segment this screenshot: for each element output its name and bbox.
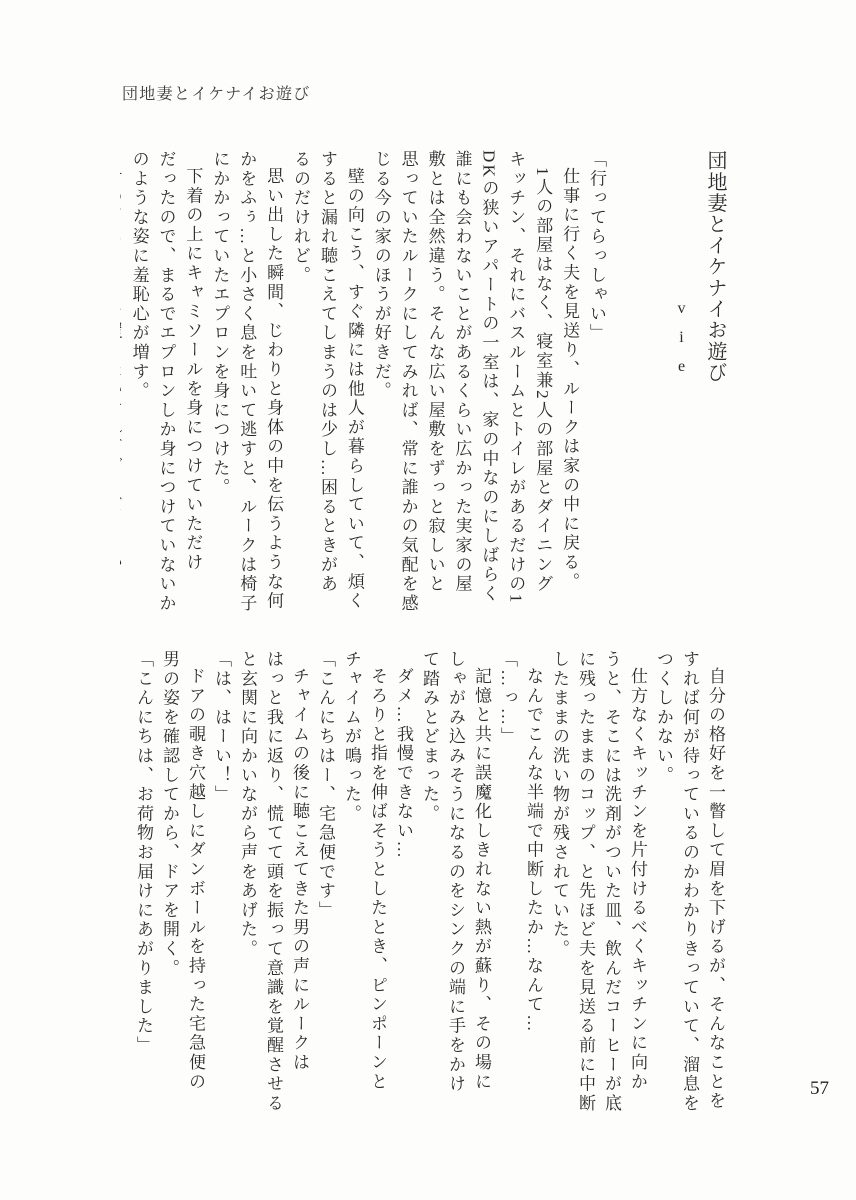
text-line: 思い出した瞬間、じわりと身体の中を伝うような何 [259,150,286,616]
text-line: すると漏れ聴こえてしまうのは少し…困るときがあ [313,150,340,616]
text-line: 敷とは全然違う。そんな広い屋敷をずっと寂しいと [421,150,448,616]
text-line: せめてスカートを履きたいけれどダメだろうか… [120,150,125,616]
text-line: 仕事に行く夫を見送り、ルークは家の中に戻る。 [555,150,582,616]
text-line: 男の姿を確認してから、ドアを開く。 [156,650,182,1118]
text-line: 下着の上にキャミソールを身につけていただけ [179,150,206,616]
text-line: だったので、まるでエプロンしか身につけていないか [152,150,179,616]
text-line: ドアの覗き穴越しにダンボールを持った宅急便の [182,650,208,1118]
text-line: 「は、はーい！」 [208,650,234,1118]
text-line: と玄関に向かいながら声をあげた。 [234,650,260,1118]
author-name: vie [673,300,690,387]
text-line: チャイムの後に聴こえてきた男の声にルークは [286,650,312,1118]
text-line: 誰にも会わないことがあるくらい広かった実家の屋 [448,150,475,616]
top-section: 団地妻とイケナイお遊びvie 「行ってらっしゃい」仕事に行く夫を見送り、ルークは… [120,150,732,616]
story-title: 団地妻とイケナイお遊び [704,150,726,383]
title-column: 団地妻とイケナイお遊びvie [664,150,732,616]
text-line: キッチン、それにバスルームとトイレがあるだけの1 [501,150,528,616]
text-line: 自分の格好を一瞥して眉を下げるが、そんなことを [702,650,728,1118]
text-line: チャイムが鳴った。 [338,650,364,1118]
text-line: しゃがみ込みそうになるのをシンクの端に手をかけ [442,650,468,1118]
top-text-block: 「行ってらっしゃい」仕事に行く夫を見送り、ルークは家の中に戻る。1人の部屋はなく… [120,150,609,616]
text-line: DKの狭いアパートの一室は、家の中なのにしばらく [474,150,501,616]
text-line: 「こんにちはー、宅急便です」 [312,650,338,1118]
bottom-section: 自分の格好を一瞥して眉を下げるが、そんなことをすれば何が待っているのかわかりきっ… [128,650,728,1118]
text-line: に残ったままのコップ、と先ほど夫を見送る前に中断 [572,650,598,1118]
text-line: うと、そこには洗剤がついた皿、飲んだコーヒーが底 [598,650,624,1118]
text-line: 思っていたルークにしてみれば、常に誰かの気配を感 [394,150,421,616]
text-line: 1人の部屋はなく、寝室兼2人の部屋とダイニング [528,150,555,616]
text-line: 「こんにちは、お荷物お届けにあがりました」 [130,650,156,1118]
text-line: 「行ってらっしゃい」 [582,150,609,616]
text-line: じる今の家のほうが好きだ。 [367,150,394,616]
text-line: 仕方なくキッチンを片付けるべくキッチンに向か [624,650,650,1118]
text-line: かをふぅ…と小さく息を吐いて逃すと、ルークは椅子 [232,150,259,616]
text-line: 壁の向こう、すぐ隣には他人が暮らしていて、煩く [340,150,367,616]
bottom-text-block: 自分の格好を一瞥して眉を下げるが、そんなことをすれば何が待っているのかわかりきっ… [130,650,728,1118]
text-line: すれば何が待っているのかわかりきっていて、溜息を [676,650,702,1118]
text-line: にかかっていたエプロンを身につけた。 [205,150,232,616]
text-line: のような姿に羞恥心が増す。 [125,150,152,616]
text-line: るのだけれど。 [286,150,313,616]
text-line: て踏みとどまった。 [416,650,442,1118]
text-line: したままの洗い物が残されていた。 [546,650,572,1118]
page-number: 57 [810,1078,829,1100]
text-line: 記憶と共に誤魔化しきれない熱が蘇り、その場に [468,650,494,1118]
text-line: そろりと指を伸ばそうとしたとき、ピンポーンと [364,650,390,1118]
text-line: なんでこんな半端で中断したか…なんて… [520,650,546,1118]
text-line: 「…っ…」 [494,650,520,1118]
running-header: 団地妻とイケナイお遊び [122,81,311,104]
text-line: はっと我に返り、慌てて頭を振って意識を覚醒させる [260,650,286,1118]
text-line: ダメ…我慢できない… [390,650,416,1118]
text-line: つくしかない。 [650,650,676,1118]
book-page: 団地妻とイケナイお遊び 団地妻とイケナイお遊びvie 「行ってらっしゃい」仕事に… [0,0,856,1200]
